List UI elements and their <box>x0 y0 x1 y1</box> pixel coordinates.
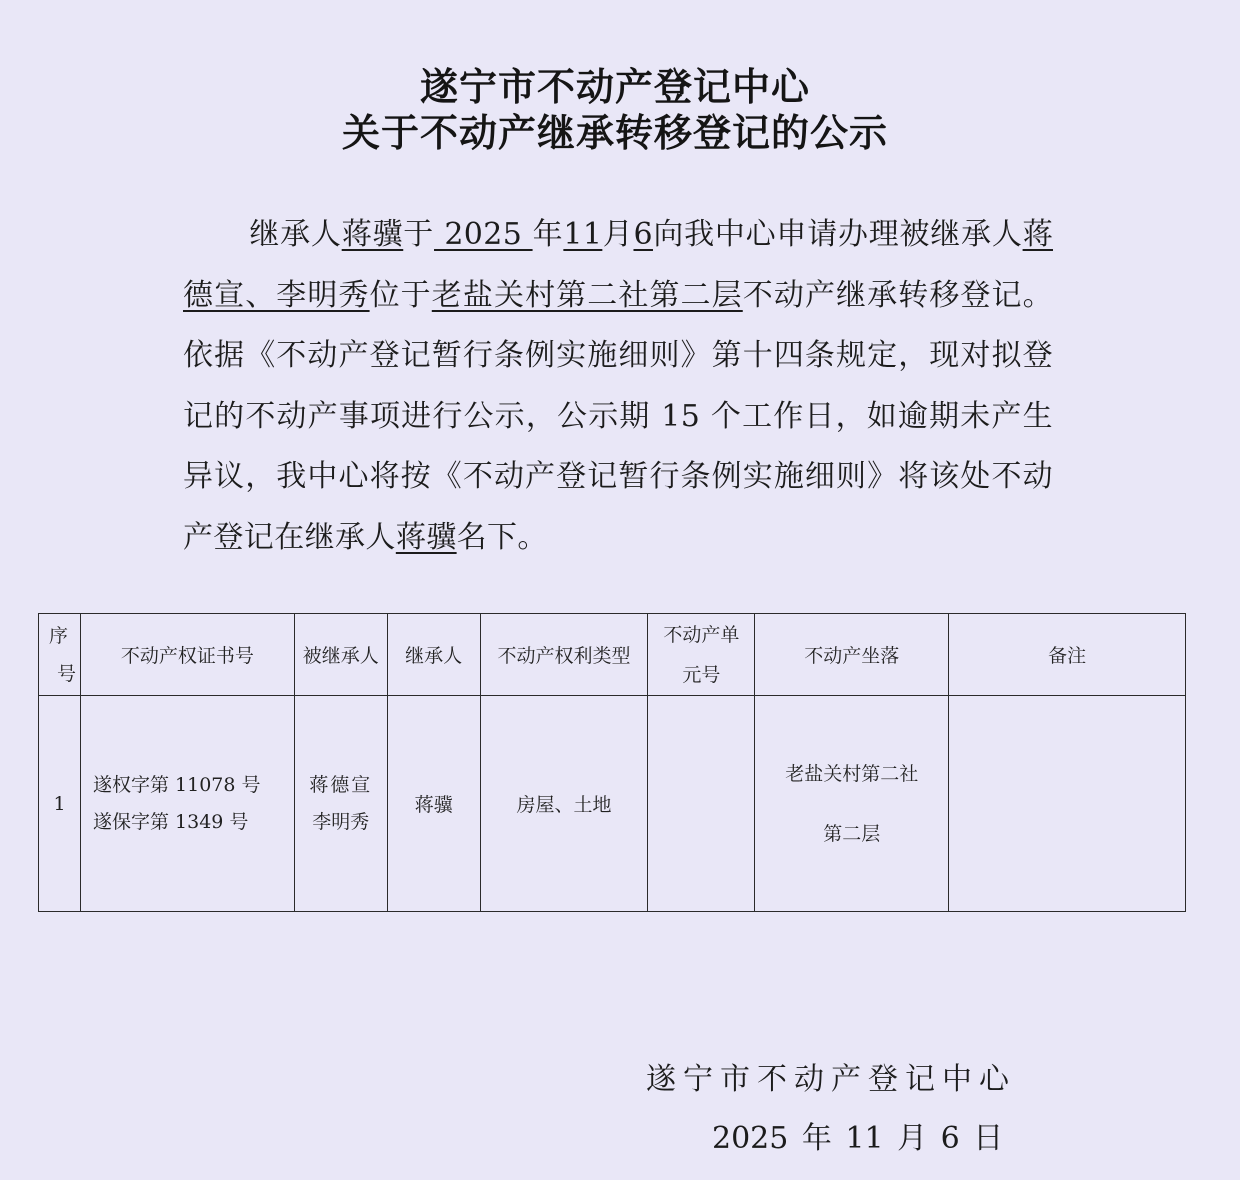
document-title-line2: 关于不动产继承转移登记的公示 <box>0 102 1235 157</box>
cell-unit-no <box>648 696 755 912</box>
decedent-line1: 蒋德宣 <box>295 767 387 804</box>
cell-heir: 蒋骥 <box>387 696 480 912</box>
header-seq-line1: 序 <box>39 617 80 655</box>
location-line1: 老盐关村第二社 <box>755 744 948 804</box>
decedent-line2: 李明秀 <box>295 804 387 841</box>
header-cert-no: 不动产权证书号 <box>80 614 294 696</box>
table-row: 1 遂权字第 11078 号 遂保字第 1349 号 蒋德宣 李明秀 蒋骥 房屋… <box>39 696 1186 912</box>
header-right-type: 不动产权利类型 <box>480 614 648 696</box>
year-unit: 年 <box>533 217 564 252</box>
text-end: 名下。 <box>457 520 548 555</box>
cell-seq: 1 <box>39 696 81 912</box>
header-location: 不动产坐落 <box>755 614 949 696</box>
heir-name-again: 蒋骥 <box>396 520 457 555</box>
signature-date: 2025 年 11 月 6 日 <box>712 1113 1003 1157</box>
application-month: 11 <box>563 217 602 252</box>
cert-no-line1: 遂权字第 11078 号 <box>93 767 294 804</box>
header-unit-no-line1: 不动产单 <box>648 615 754 655</box>
registration-table: 序 号 不动产权证书号 被继承人 继承人 不动产权利类型 不动产单 元号 不动产… <box>38 613 1186 912</box>
property-location: 老盐关村第二社第二层 <box>432 278 743 313</box>
heir-name: 蒋骥 <box>342 217 404 252</box>
header-remarks: 备注 <box>949 614 1186 696</box>
text-prefix: 继承人 <box>249 217 342 252</box>
cell-right-type: 房屋、土地 <box>480 696 648 912</box>
cell-decedent: 蒋德宣 李明秀 <box>294 696 387 912</box>
header-unit-no: 不动产单 元号 <box>648 614 755 696</box>
text-located-at: 位于 <box>370 278 432 313</box>
header-seq-line2: 号 <box>39 655 80 693</box>
table-header-row: 序 号 不动产权证书号 被继承人 继承人 不动产权利类型 不动产单 元号 不动产… <box>39 614 1186 696</box>
cell-location: 老盐关村第二社 第二层 <box>755 696 949 912</box>
month-unit: 月 <box>602 217 633 252</box>
header-heir: 继承人 <box>387 614 480 696</box>
location-line2: 第二层 <box>755 804 948 864</box>
signature-org: 遂宁市不动产登记中心 <box>646 1054 1016 1098</box>
application-day: 6 <box>633 217 653 252</box>
text-yu: 于 <box>403 217 434 252</box>
application-year: 2025 <box>434 217 533 252</box>
text-mid: 向我中心申请办理被继承人 <box>653 217 1023 252</box>
cell-cert-no: 遂权字第 11078 号 遂保字第 1349 号 <box>80 696 294 912</box>
text-rest: 不动产继承转移登记。依据《不动产登记暂行条例实施细则》第十四条规定，现对拟登记的… <box>183 278 1053 555</box>
cert-no-line2: 遂保字第 1349 号 <box>93 804 294 841</box>
header-decedent: 被继承人 <box>294 614 387 696</box>
header-seq: 序 号 <box>39 614 81 696</box>
cell-remarks <box>949 696 1186 912</box>
header-unit-no-line2: 元号 <box>648 655 754 695</box>
notice-body: 继承人蒋骥于 2025 年11月6向我中心申请办理被继承人蒋德宣、李明秀位于老盐… <box>183 205 1053 568</box>
